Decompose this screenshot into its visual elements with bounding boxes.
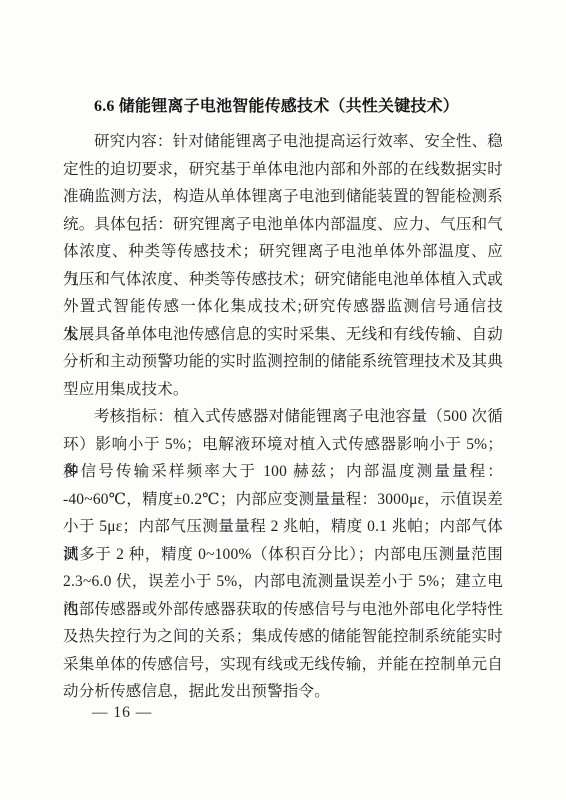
paragraph-assessment-indicators: 考核指标：植入式传感器对储能锂离子电池容量（500 次循环）影响小于 5%；电解… xyxy=(63,403,503,706)
text-line: 统。具体包括：研究锂离子电池单体内部温度、应力、气压和气 xyxy=(63,211,503,239)
text-line: 发展具备单体电池传感信息的实时采集、无线和有线传输、自动 xyxy=(63,321,503,349)
text-line: 考核指标：植入式传感器对储能锂离子电池容量（500 次循 xyxy=(63,403,503,431)
text-line: 试多于 2 种，精度 0~100%（体积百分比）；内部电压测量范围 xyxy=(63,541,503,569)
text-line: 内部传感器或外部传感器获取的传感信号与电池外部电化学特性 xyxy=(63,596,503,624)
text-line: 环）影响小于 5%；电解液环境对植入式传感器影响小于 5%；多 xyxy=(63,431,503,459)
text-line: 及热失控行为之间的关系；集成传感的储能智能控制系统能实时 xyxy=(63,623,503,651)
document-body: 研究内容：针对储能锂离子电池提高运行效率、安全性、稳定性的迫切要求，研究基于单体… xyxy=(63,128,503,706)
paragraph-research-content: 研究内容：针对储能锂离子电池提高运行效率、安全性、稳定性的迫切要求，研究基于单体… xyxy=(63,128,503,403)
text-line: 动分析传感信息，据此发出预警指令。 xyxy=(63,678,503,706)
text-line: 外置式智能传感一体化集成技术;研究传感器监测信号通信技术； xyxy=(63,293,503,321)
text-line: 采集单体的传感信号，实现有线或无线传输，并能在控制单元自 xyxy=(63,651,503,679)
section-heading: 6.6 储能锂离子电池智能传感技术（共性关键技术） xyxy=(63,95,503,119)
text-line: 种信号传输采样频率大于 100 赫兹；内部温度测量量程： xyxy=(63,458,503,486)
text-line: -40~60℃，精度±0.2℃；内部应变测量量程：3000με，示值误差 xyxy=(63,486,503,514)
text-line: 体浓度、种类等传感技术；研究锂离子电池单体外部温度、应力、 xyxy=(63,238,503,266)
text-line: 型应用集成技术。 xyxy=(63,376,503,404)
text-line: 研究内容：针对储能锂离子电池提高运行效率、安全性、稳 xyxy=(63,128,503,156)
page-number: — 16 — xyxy=(92,704,152,722)
document-content: 6.6 储能锂离子电池智能传感技术（共性关键技术） 研究内容：针对储能锂离子电池… xyxy=(63,95,503,706)
text-line: 气压和气体浓度、种类等传感技术；研究储能电池单体植入式或 xyxy=(63,266,503,294)
text-line: 小于 5με；内部气压测量量程 2 兆帕，精度 0.1 兆帕；内部气体测 xyxy=(63,513,503,541)
text-line: 分析和主动预警功能的实时监测控制的储能系统管理技术及其典 xyxy=(63,348,503,376)
document-page: 6.6 储能锂离子电池智能传感技术（共性关键技术） 研究内容：针对储能锂离子电池… xyxy=(0,0,566,800)
text-line: 定性的迫切要求，研究基于单体电池内部和外部的在线数据实时 xyxy=(63,156,503,184)
text-line: 2.3~6.0 伏，误差小于 5%，内部电流测量误差小于 5%；建立电池 xyxy=(63,568,503,596)
text-line: 准确监测方法，构造从单体锂离子电池到储能装置的智能检测系 xyxy=(63,183,503,211)
